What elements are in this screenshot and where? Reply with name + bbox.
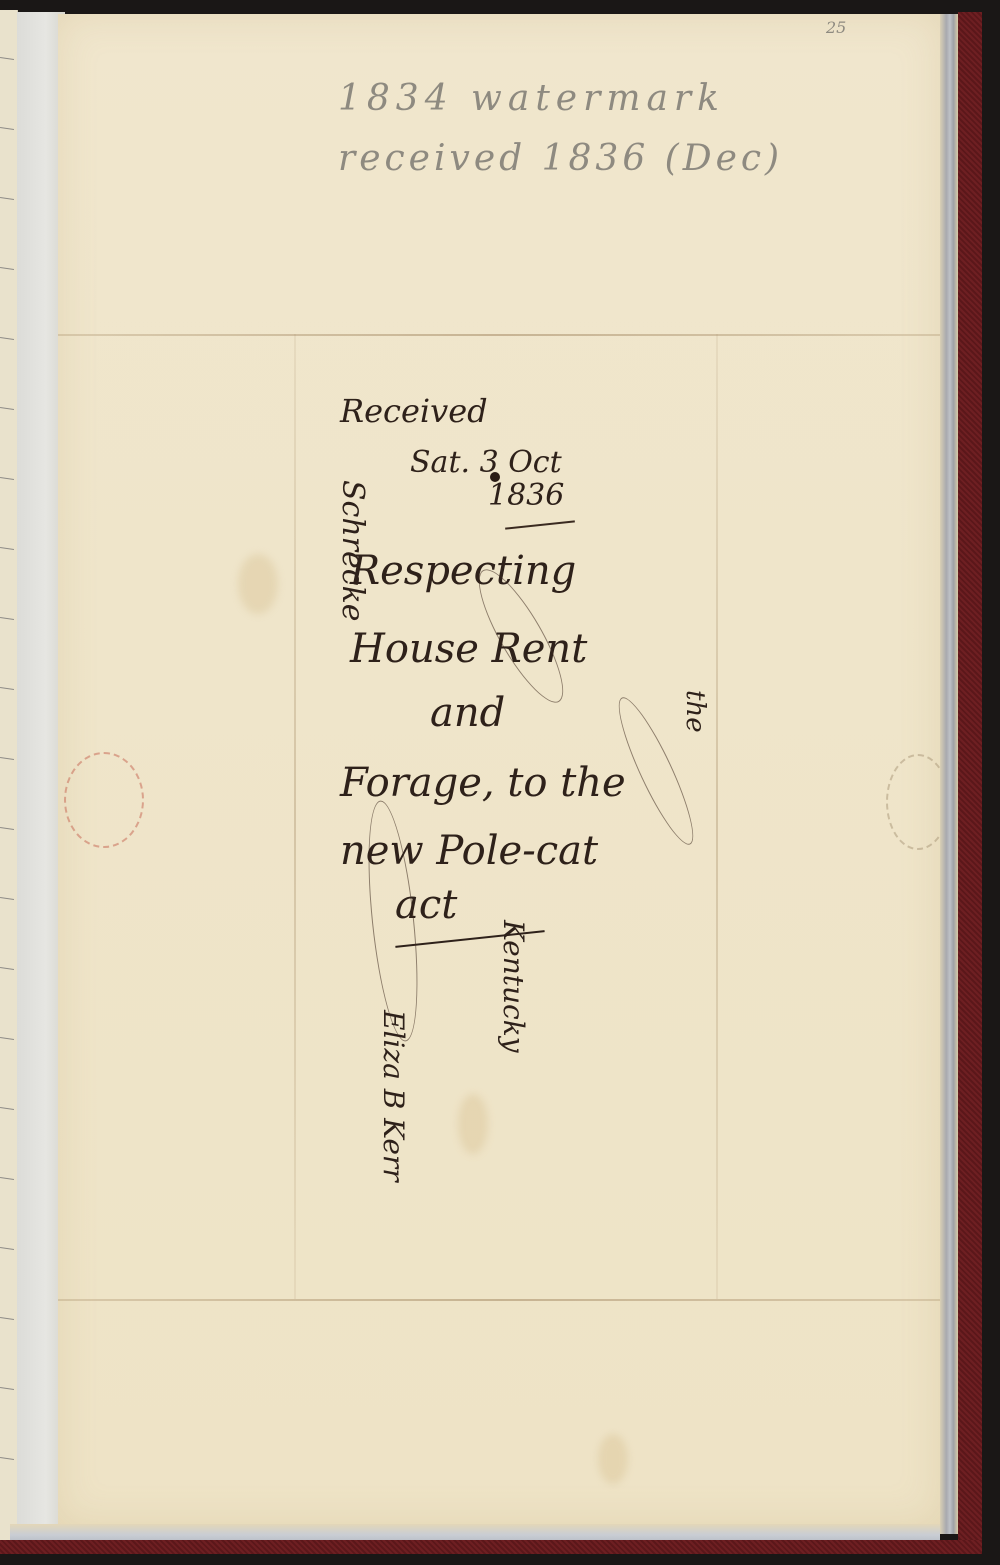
received-year: 1836 (488, 478, 564, 513)
left-adjacent-page (0, 10, 18, 1550)
archivist-note-watermark: 1834 watermark (338, 78, 725, 119)
ruled-line (0, 1457, 14, 1460)
foxing-stain (458, 1094, 488, 1154)
vertical-signature-2: Kentucky (497, 920, 530, 1053)
ruled-line (0, 267, 14, 270)
book-cover-bottom (0, 1540, 982, 1554)
ruled-line (0, 407, 14, 410)
ruled-line (0, 827, 14, 830)
wax-seal-residue (64, 752, 144, 848)
subject-line-1: Respecting (350, 548, 576, 594)
ruled-line (0, 57, 14, 60)
book-cover-right (958, 12, 982, 1547)
ruled-line (0, 1177, 14, 1180)
ruled-line (0, 197, 14, 200)
fold-line-vertical (716, 334, 718, 1299)
ruled-line (0, 617, 14, 620)
vertical-scribble-right: the (680, 690, 710, 733)
ruled-line (0, 337, 14, 340)
folio-number: 25 (826, 18, 846, 37)
fold-line-vertical (294, 334, 296, 1299)
ruled-line (0, 547, 14, 550)
fold-line-horizontal (58, 334, 940, 336)
ruled-line (0, 1247, 14, 1250)
foxing-stain (238, 554, 278, 614)
received-date: Sat. 3 Oct (410, 445, 562, 480)
page-stack-edge (940, 14, 958, 1534)
ruled-line (0, 1387, 14, 1390)
received-label: Received (340, 392, 488, 430)
ruled-line (0, 967, 14, 970)
subject-line-3: and (430, 690, 505, 736)
ruled-line (0, 477, 14, 480)
ruled-line (0, 127, 14, 130)
subject-line-4: Forage, to the (340, 760, 626, 806)
ruled-line (0, 1107, 14, 1110)
ruled-line (0, 687, 14, 690)
ruled-line (0, 1317, 14, 1320)
archivist-note-received: received 1836 (Dec) (338, 138, 783, 179)
ruled-line (0, 1037, 14, 1040)
fold-line-horizontal (58, 1299, 940, 1301)
ruled-line (0, 897, 14, 900)
ruled-line (0, 757, 14, 760)
ink-blot (490, 472, 500, 482)
foxing-stain (598, 1434, 628, 1484)
vertical-text-left: Schrecke (335, 480, 370, 622)
